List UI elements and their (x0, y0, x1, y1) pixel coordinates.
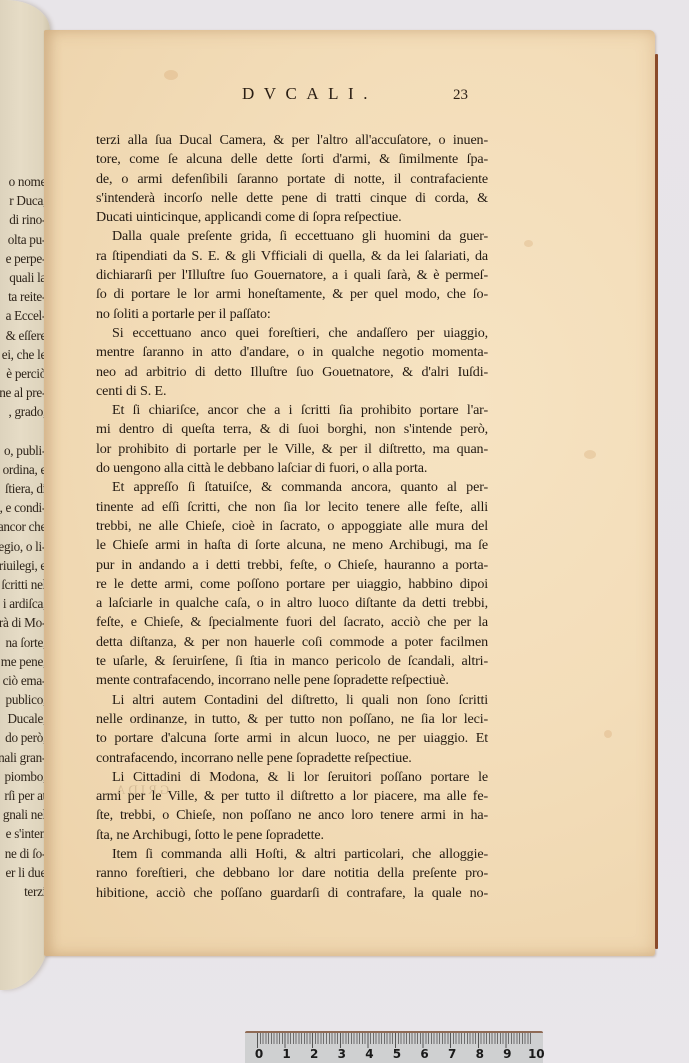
margin-fragment: nali gran- (0, 748, 46, 767)
text-line: hibitione, acciò che poſſano guardarſi d… (96, 884, 488, 903)
margin-fragment: ne al pre- (0, 383, 46, 402)
margin-fragment: & eſſere (0, 326, 46, 345)
text-line: trebbi, ne alle Chieſe, cioè in ſacrato,… (96, 517, 488, 536)
margin-fragment: me pene, (0, 652, 46, 671)
margin-fragment: olta pu- (0, 230, 46, 249)
ruler-label: 2 (307, 1047, 321, 1061)
margin-fragment (0, 421, 46, 440)
text-line: detta diſtanza, & per non hauerle coſi c… (96, 633, 488, 652)
ruler-label: 5 (390, 1047, 404, 1061)
margin-fragment: na ſorte, (0, 633, 46, 652)
margin-fragment: e perpe- (0, 249, 46, 268)
margin-fragment: , grado, (0, 402, 46, 421)
ruler-label: 1 (280, 1047, 294, 1061)
text-line: do uengono alla città le debbano laſciar… (96, 459, 488, 478)
ruler-major-ticks (257, 1033, 533, 1048)
ruler-label: 8 (473, 1047, 487, 1061)
text-line: de, o armi defenſibili ſaranno portate d… (96, 170, 488, 189)
foxing-spot (584, 450, 596, 459)
ruler-label: 9 (500, 1047, 514, 1061)
previous-page-edge: o nomer Duca,di rino-olta pu-e perpe-qua… (0, 0, 50, 990)
margin-fragment: ei, che le (0, 345, 46, 364)
text-line: centi di S. E. (96, 382, 488, 401)
text-line: pur in andando a i detti trebbi, feſte, … (96, 556, 488, 575)
margin-fragment: di rino- (0, 210, 46, 229)
foxing-spot (604, 730, 612, 738)
margin-fragment: ciò ema- (0, 671, 46, 690)
text-line: Ducati uinticinque, applicandi come di ſ… (96, 208, 488, 227)
margin-fragment: piombo, (0, 767, 46, 786)
text-line: tinente ad eſſi ſcritti, che non ſia lor… (96, 498, 488, 517)
text-line: ra ſtipendiati da S. E. & gli Vfficiali … (96, 247, 488, 266)
margin-fragment: i ardiſca, (0, 594, 46, 613)
text-line: nelle ordinanze, in tutto, & per tutto n… (96, 710, 488, 729)
margin-fragment: o, publi- (0, 441, 46, 460)
text-line: dichiararſi per l'Illuſtre ſuo Gouernato… (96, 266, 488, 285)
ruler-labels: 012345678910 (252, 1047, 542, 1061)
text-line: mente contrafacendo, incorrano nelle pen… (96, 671, 488, 690)
margin-fragment: Ducale, (0, 709, 46, 728)
margin-fragment: ne di ſo- (0, 844, 46, 863)
margin-fragment: egio, o li- (0, 537, 46, 556)
margin-fragment: do però, (0, 728, 46, 747)
ruler-label: 7 (445, 1047, 459, 1061)
text-line: le Chieſe armi in haſta di ſorte alcuna,… (96, 536, 488, 555)
margin-fragment: terzi (0, 882, 46, 901)
margin-fragment: ſtiera, di (0, 479, 46, 498)
ruler-label: 3 (335, 1047, 349, 1061)
margin-fragment: r Duca, (0, 191, 46, 210)
margin-fragment: riuilegi, e (0, 556, 46, 575)
text-line: Item ſi commanda alli Hoſti, & altri par… (96, 845, 488, 864)
text-line: Si eccettuano anco quei foreſtieri, che … (96, 324, 488, 343)
margin-fragment: ta reite- (0, 287, 46, 306)
ruler-label: 6 (418, 1047, 432, 1061)
margin-fragment: e s'inten (0, 824, 46, 843)
margin-fragment: quali la (0, 268, 46, 287)
page-fore-edge (655, 54, 658, 949)
margin-fragment: , e condi- (0, 498, 46, 517)
text-line: Et appreſſo ſi ſtatuiſce, & commanda anc… (96, 478, 488, 497)
text-line: Et ſi chiariſce, ancor che a i ſcritti ſ… (96, 401, 488, 420)
text-line: lor prohibito di portarle per le Ville, … (96, 440, 488, 459)
text-line: neo ad arbitrio di detto Illuſtre ſuo Go… (96, 363, 488, 382)
ruler-label: 0 (252, 1047, 266, 1061)
text-line: a laſciarle in qualche caſa, o in altro … (96, 594, 488, 613)
margin-fragment: rà di Mo- (0, 613, 46, 632)
text-line: contrafacendo, incorrano nelle pene ſopr… (96, 749, 488, 768)
margin-fragment: o nome (0, 172, 46, 191)
running-head: DVCALI. (242, 84, 377, 104)
text-line: to portare d'alcuna ſorte armi in alcun … (96, 729, 488, 748)
text-line: ſte, trebbi, o Chieſe, non poſſano ne an… (96, 806, 488, 825)
foxing-spot (164, 70, 178, 80)
text-line: terzi alla ſua Ducal Camera, & per l'alt… (96, 131, 488, 150)
text-line: mi dentro di queſta terra, & di ſuoi bor… (96, 420, 488, 439)
previous-page-margin-text: o nomer Duca,di rino-olta pu-e perpe-qua… (0, 172, 46, 901)
margin-fragment: ſcritti nel (0, 575, 46, 594)
text-line: ſo di portare le lor armi honeſtamente, … (96, 285, 488, 304)
text-line: s'intenderà incorſo nelle dette pene di … (96, 189, 488, 208)
margin-fragment: gnali nel (0, 805, 46, 824)
text-line: no ſoliti a portarle per il paſſato: (96, 305, 488, 324)
text-line: feſte, e Chieſe, & ſpecialmente fuori de… (96, 613, 488, 632)
margin-fragment: ordina, e (0, 460, 46, 479)
text-line: ranno foreſtieri, che debbano lor dare n… (96, 864, 488, 883)
text-line: tore, come ſe alcuna delle dette ſorti d… (96, 150, 488, 169)
foxing-spot (524, 240, 533, 247)
margin-fragment: a Eccel- (0, 306, 46, 325)
text-line: re le dette armi, come poſſono portare p… (96, 575, 488, 594)
text-line: Dalla quale preſente grida, ſi eccettuan… (96, 227, 488, 246)
page-number: 23 (453, 87, 468, 104)
text-line: te uſarle, & ſeruirſene, ſi ſtia in manc… (96, 652, 488, 671)
margin-fragment: è perciò (0, 364, 46, 383)
scale-ruler: 012345678910 (245, 1031, 543, 1063)
text-line: ſta, ne Archibugi, ſotto le pene ſoprade… (96, 826, 488, 845)
text-line: mentre ſaranno in atto d'andare, o in qu… (96, 343, 488, 362)
show-through-text: GRIDA (113, 782, 169, 798)
text-line: Li altri autem Contadini del diſtretto, … (96, 691, 488, 710)
ruler-label: 4 (362, 1047, 376, 1061)
ruler-label: 10 (528, 1047, 542, 1061)
margin-fragment: er li due (0, 863, 46, 882)
margin-fragment: ancor che (0, 517, 46, 536)
margin-fragment: rſi per at (0, 786, 46, 805)
margin-fragment: publico, (0, 690, 46, 709)
